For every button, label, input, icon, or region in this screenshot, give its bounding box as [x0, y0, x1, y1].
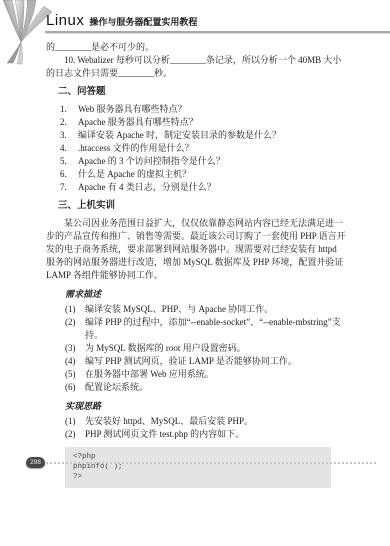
- item-text: Apache 服务器具有哪些特点？: [78, 116, 347, 129]
- page-number-badge: 298: [26, 457, 45, 468]
- item-number: (6): [65, 381, 85, 394]
- book-title-en: Linux: [46, 12, 84, 29]
- running-head: Linux 操作与服务器配置实用教程: [46, 12, 197, 29]
- item-text: 编译安装 MySQL、PHP、与 Apache 协同工作。: [85, 303, 347, 316]
- item-number: (1): [65, 415, 85, 428]
- qa-item: 3. 编译安装 Apache 时，制定安装目录的参数是什么？: [60, 129, 347, 142]
- section-title-training: 三、上机实训: [58, 200, 347, 213]
- page-content: 的________是必不可少的。 10. Webalizer 每秒可以分析___…: [46, 41, 347, 488]
- item-text: 先安装好 httpd、MySQL、最后安装 PHP。: [85, 415, 347, 428]
- fill-blank-item-10: 10. Webalizer 每秒可以分析________条记录，所以分析一个 4…: [46, 54, 347, 80]
- item-number: 2.: [60, 116, 78, 129]
- qa-item: 5. Apache 的 3 个访问控制指令是什么？: [60, 155, 347, 168]
- qa-item: 1. Web 服务器具有哪些特点？: [60, 103, 347, 116]
- page-footer: 298: [0, 456, 390, 470]
- item-number: (2): [65, 316, 85, 342]
- header-rule: [45, 31, 390, 34]
- item-text: Web 服务器具有哪些特点？: [78, 103, 347, 116]
- subheading-requirements: 需求描述: [65, 288, 347, 301]
- item-text: 编译 PHP 的过程中，添加“--enable-socket”、“--enabl…: [85, 316, 347, 342]
- qa-item: 2. Apache 服务器具有哪些特点？: [60, 116, 347, 129]
- approach-item: (2) PHP 测试网页文件 test.php 的内容如下。: [65, 428, 347, 441]
- item-number: (3): [65, 342, 85, 355]
- qa-item: 6. 什么是 Apache 的虚拟主机？: [60, 168, 347, 181]
- item-text: 什么是 Apache 的虚拟主机？: [78, 168, 347, 181]
- item-text: .htaccess 文件的作用是什么？: [78, 142, 347, 155]
- section-title-qa: 二、问答题: [58, 86, 347, 99]
- footer-dotted-rule: [46, 462, 376, 464]
- item-text: PHP 测试网页文件 test.php 的内容如下。: [85, 428, 347, 441]
- book-title-zh: 操作与服务器配置实用教程: [89, 15, 197, 28]
- item-text: Apache 有 4 类日志，分别是什么？: [78, 181, 347, 194]
- item-text: 为 MySQL 数据库的 root 用户设置密码。: [85, 342, 347, 355]
- item-text: Apache 的 3 个访问控制指令是什么？: [78, 155, 347, 168]
- item-number: (1): [65, 303, 85, 316]
- item-number: 1.: [60, 103, 78, 116]
- item-number: (4): [65, 355, 85, 368]
- subheading-approach: 实现思路: [65, 400, 347, 413]
- item-number: 5.: [60, 155, 78, 168]
- approach-item: (1) 先安装好 httpd、MySQL、最后安装 PHP。: [65, 415, 347, 428]
- item-text: 配置论坛系统。: [85, 381, 347, 394]
- requirement-item: (6) 配置论坛系统。: [65, 381, 347, 394]
- requirement-item: (3) 为 MySQL 数据库的 root 用户设置密码。: [65, 342, 347, 355]
- item-number: 7.: [60, 181, 78, 194]
- item-number: 4.: [60, 142, 78, 155]
- item-text: 编写 PHP 测试网页，验证 LAMP 是否能够协同工作。: [85, 355, 347, 368]
- training-intro: 某公司因业务范围日益扩大，仅仅依靠静态网站内容已经无法满足进一步的产品宣传和推广…: [46, 217, 347, 282]
- carryover-line: 的________是必不可少的。: [46, 41, 347, 54]
- item-number: 3.: [60, 129, 78, 142]
- item-number: (5): [65, 368, 85, 381]
- book-page: Linux 操作与服务器配置实用教程 的________是必不可少的。 10. …: [0, 0, 390, 546]
- item-number: 6.: [60, 168, 78, 181]
- qa-item: 4. .htaccess 文件的作用是什么？: [60, 142, 347, 155]
- requirement-item: (1) 编译安装 MySQL、PHP、与 Apache 协同工作。: [65, 303, 347, 316]
- item-text: 编译安装 Apache 时，制定安装目录的参数是什么？: [78, 129, 347, 142]
- requirement-item: (5) 在服务器中部署 Web 应用系统。: [65, 368, 347, 381]
- qa-item: 7. Apache 有 4 类日志，分别是什么？: [60, 181, 347, 194]
- requirement-item: (4) 编写 PHP 测试网页，验证 LAMP 是否能够协同工作。: [65, 355, 347, 368]
- item-number: (2): [65, 428, 85, 441]
- requirement-item: (2) 编译 PHP 的过程中，添加“--enable-socket”、“--e…: [65, 316, 347, 342]
- item-text: 在服务器中部署 Web 应用系统。: [85, 368, 347, 381]
